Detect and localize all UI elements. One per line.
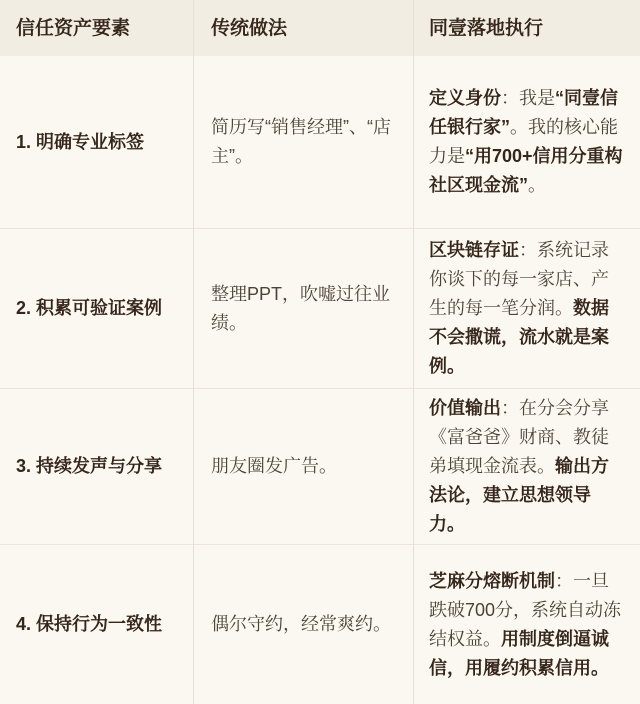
row4-execution-cell: 芝麻分熔断机制：一旦跌破700分，系统自动冻结权益。用制度倒逼诚信，用履约积累信… xyxy=(413,544,640,704)
factor-label: 1. 明确专业标签 xyxy=(16,128,144,157)
row2-execution-cell: 区块链存证：系统记录你谈下的每一家店、产生的每一笔分润。数据不会撒谎，流水就是案… xyxy=(413,228,640,388)
header-cell-trust-asset-factor: 信任资产要素 xyxy=(0,0,193,56)
execution-text: 区块链存证：系统记录你谈下的每一家店、产生的每一笔分润。数据不会撒谎，流水就是案… xyxy=(429,236,626,381)
factor-label: 2. 积累可验证案例 xyxy=(16,294,162,323)
execution-text: 价值输出：在分会分享《富爸爸》财商、教徒弟填现金流表。输出方法论，建立思想领导力… xyxy=(429,394,626,539)
header-label: 传统做法 xyxy=(211,19,287,38)
row2-factor-cell: 2. 积累可验证案例 xyxy=(0,228,193,388)
row3-traditional-cell: 朋友圈发广告。 xyxy=(193,388,413,544)
row3-execution-cell: 价值输出：在分会分享《富爸爸》财商、教徒弟填现金流表。输出方法论，建立思想领导力… xyxy=(413,388,640,544)
row1-factor-cell: 1. 明确专业标签 xyxy=(0,56,193,228)
execution-text: 芝麻分熔断机制：一旦跌破700分，系统自动冻结权益。用制度倒逼诚信，用履约积累信… xyxy=(429,567,626,683)
row1-execution-cell: 定义身份：我是“同壹信任银行家”。我的核心能力是“用700+信用分重构社区现金流… xyxy=(413,56,640,228)
header-label: 同壹落地执行 xyxy=(429,19,543,38)
traditional-text: 整理PPT，吹嘘过往业绩。 xyxy=(211,280,399,338)
traditional-text: 简历写“销售经理”、“店主”。 xyxy=(211,113,399,171)
factor-label: 3. 持续发声与分享 xyxy=(16,452,162,481)
row4-traditional-cell: 偶尔守约，经常爽约。 xyxy=(193,544,413,704)
row1-traditional-cell: 简历写“销售经理”、“店主”。 xyxy=(193,56,413,228)
header-cell-traditional-method: 传统做法 xyxy=(193,0,413,56)
factor-label: 4. 保持行为一致性 xyxy=(16,610,162,639)
row2-traditional-cell: 整理PPT，吹嘘过往业绩。 xyxy=(193,228,413,388)
header-label: 信任资产要素 xyxy=(16,19,130,38)
row3-factor-cell: 3. 持续发声与分享 xyxy=(0,388,193,544)
header-cell-tongyi-execution: 同壹落地执行 xyxy=(413,0,640,56)
traditional-text: 偶尔守约，经常爽约。 xyxy=(211,610,391,639)
execution-text: 定义身份：我是“同壹信任银行家”。我的核心能力是“用700+信用分重构社区现金流… xyxy=(429,84,626,200)
traditional-text: 朋友圈发广告。 xyxy=(211,452,337,481)
row4-factor-cell: 4. 保持行为一致性 xyxy=(0,544,193,704)
trust-asset-comparison-table: 信任资产要素 传统做法 同壹落地执行 1. 明确专业标签 简历写“销售经理”、“… xyxy=(0,0,640,704)
